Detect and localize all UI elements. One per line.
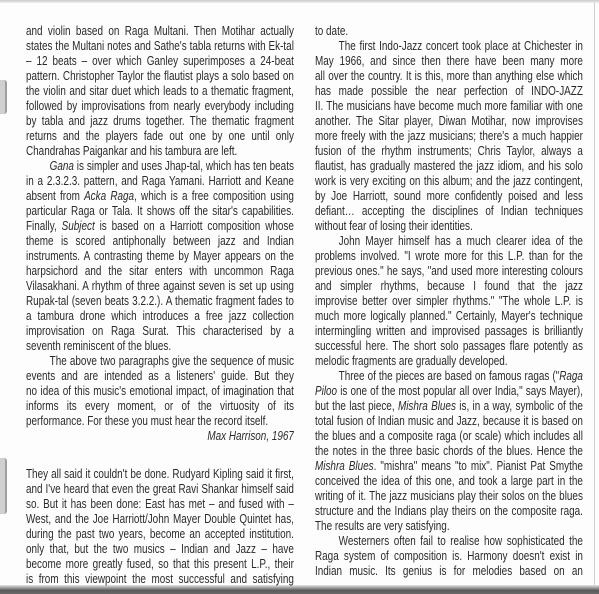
text-line: Mishra Blues. "mishra" means "to mix". P… [315, 459, 583, 474]
text-line: Finally, Subject is based on a Harriott … [26, 219, 294, 234]
line-text: states the Multani notes and Sathe's tab… [26, 39, 294, 54]
text-line: no idea of this music's emotional impact… [26, 384, 294, 399]
line-text: absent from Acka Raga, which is a free c… [26, 189, 294, 204]
text-line: work is very exciting on this album; and… [315, 174, 583, 189]
text-line: become more greatly fused, so that this … [26, 557, 294, 572]
text-line: Indian music. Its genius is for melodies… [315, 564, 583, 579]
text-line: Rupak-tal (seven beats 3.2.2.). A themat… [26, 294, 294, 309]
text-line: previous ones." he says, "and used more … [315, 264, 583, 279]
text-line: Raga system of composition is. Harmony d… [315, 549, 583, 564]
text-line: more freely with the jazz musicians; the… [315, 129, 583, 144]
text-line: Piloo is one of the most popular all ove… [315, 384, 583, 399]
text-line: seventh reminiscent of the blues. [26, 339, 294, 354]
line-text: pattern. Christopher Taylor the flautist… [26, 69, 294, 84]
text-line: May 1966, and since then there have been… [315, 54, 583, 69]
line-text: harpsichord and the sitar enters with un… [26, 264, 294, 279]
line-text: Raga system of composition is. Harmony d… [315, 549, 583, 564]
line-text: Max Harrison, 1967 [26, 429, 294, 444]
line-text: total fusion of Indian music and Jazz, b… [315, 414, 583, 429]
line-text: performance. For these you must hear the… [26, 414, 294, 429]
text-line: is from this viewpoint the most successf… [26, 572, 294, 587]
line-text: returns and the players fade out one by … [26, 129, 294, 144]
line-text: no idea of this music's emotional impact… [26, 384, 294, 399]
line-text: The first Indo-Jazz concert took place a… [315, 39, 583, 54]
text-line: much more logically planned." Certainly,… [315, 309, 583, 324]
text-line: Chandrahas Paigankar and his tambura are… [26, 144, 294, 159]
text-line: fusion of the rhythm instruments; Chris … [315, 144, 583, 159]
line-text: instruments. A contrasting theme by Maye… [26, 249, 294, 264]
text-line: theme is scored antiphonally between jaz… [26, 234, 294, 249]
text-line: absent from Acka Raga, which is a free c… [26, 189, 294, 204]
line-text: previous ones." he says, "and used more … [315, 264, 583, 279]
line-text: Gana is simpler and uses Jhap-tal, which… [26, 159, 294, 174]
text-line: improvise better over simpler rhythms." … [315, 294, 583, 309]
line-text: – 12 beats – over which Ganley superimpo… [26, 54, 294, 69]
line-text: particular Raga or Tala. It shows off th… [26, 204, 294, 219]
text-line: followed by improvisations from nearly e… [26, 99, 294, 114]
text-line: The results are very satisfying. [315, 519, 583, 534]
text-line: structure and the Indians play theirs on… [315, 504, 583, 519]
text-line: a tambura drone which introduces a free … [26, 309, 294, 324]
line-text: writing of it. The jazz musicians play t… [315, 489, 583, 504]
text-line: by Joe Harriott, sound more confidently … [315, 189, 583, 204]
line-text: The above two paragraphs give the sequen… [26, 354, 294, 369]
text-line: and simpler rhythms, because I found tha… [315, 279, 583, 294]
line-text: but the last piece, Mishra Blues is, in … [315, 399, 583, 414]
line-text: problems involved. "I wrote more for thi… [315, 249, 583, 264]
line-text: structure and the Indians play theirs on… [315, 504, 583, 519]
line-text: a tambura drone which introduces a free … [26, 309, 294, 324]
line-text: successful here. The short solo passages… [315, 339, 583, 354]
line-text: Finally, Subject is based on a Harriott … [26, 219, 294, 234]
text-line: only that, but the two musics – Indian a… [26, 542, 294, 557]
line-text: informs its every moment, or of the virt… [26, 399, 294, 414]
line-text: in a 2.3.2.3. pattern, and Raga Yamani. … [26, 174, 294, 189]
text-line: improvisation on Raga Surat. This charac… [26, 324, 294, 339]
line-text: only that, but the two musics – Indian a… [26, 542, 294, 557]
scan-artifact [0, 80, 7, 114]
text-line: returns and the players fade out one by … [26, 129, 294, 144]
line-text: by Joe Harriott, sound more confidently … [315, 189, 583, 204]
line-text: improvise better over simpler rhythms." … [315, 294, 583, 309]
text-line: West, and the Joe Harriott/John Mayer Do… [26, 512, 294, 527]
text-line: II. The musicians have become much more … [315, 99, 583, 114]
text-line: Gana is simpler and uses Jhap-tal, which… [26, 159, 294, 174]
text-line: the notes in the three basic chords of t… [315, 444, 583, 459]
text-line: writing of it. The jazz musicians play t… [315, 489, 583, 504]
line-text: and violin based on Raga Multani. Then M… [26, 24, 294, 39]
line-text: and simpler rhythms, because I found tha… [315, 279, 583, 294]
line-text: The results are very satisfying. [315, 519, 583, 534]
line-text: fusion of the rhythm instruments; Chris … [315, 144, 583, 159]
text-line: and violin based on Raga Multani. Then M… [26, 24, 294, 39]
byline: Max Harrison, 1967 [26, 429, 294, 444]
line-text: Three of the pieces are based on famous … [315, 369, 583, 384]
text-line: Vilasakhani. A rhythm of three against s… [26, 279, 294, 294]
text-line: instruments. A contrasting theme by Maye… [26, 249, 294, 264]
text-line: and I've heard that even the great Ravi … [26, 482, 294, 497]
text-line: Westerners often fail to realise how sop… [315, 534, 583, 549]
text-line: total fusion of Indian music and Jazz, b… [315, 414, 583, 429]
line-text: followed by improvisations from nearly e… [26, 99, 294, 114]
line-text: the blues and a composite raga (or scale… [315, 429, 583, 444]
line-text: West, and the Joe Harriott/John Mayer Do… [26, 512, 294, 527]
text-line: has made possible the near perfection of… [315, 84, 583, 99]
liner-notes-page: and violin based on Raga Multani. Then M… [0, 0, 599, 594]
text-line: harpsichord and the sitar enters with un… [26, 264, 294, 279]
text-line: without fear of losing their identities. [315, 219, 583, 234]
text-line: – 12 beats – over which Ganley superimpo… [26, 54, 294, 69]
text-line: to date. [315, 24, 583, 39]
line-text: intermingling written and improvised pas… [315, 324, 583, 339]
text-line: particular Raga or Tala. It shows off th… [26, 204, 294, 219]
text-line: The above two paragraphs give the sequen… [26, 354, 294, 369]
line-text: without fear of losing their identities. [315, 219, 583, 234]
line-text: during the past two years, become an acc… [26, 527, 294, 542]
line-text: the notes in the three basic chords of t… [315, 444, 583, 459]
line-text: all over the country. It is this, more t… [315, 69, 583, 84]
line-text: II. The musicians have become much more … [315, 99, 583, 114]
line-text: so. But it has been done: East has met –… [26, 497, 294, 512]
text-line: They all said it couldn't be done. Rudya… [26, 467, 294, 482]
line-text: Mishra Blues. "mishra" means "to mix". P… [315, 459, 583, 474]
text-line: another. The Sitar player, Diwan Motihar… [315, 114, 583, 129]
text-line: intermingling written and improvised pas… [315, 324, 583, 339]
scan-right-edge [594, 2, 595, 586]
line-text: to date. [315, 24, 583, 39]
scan-top-edge [0, 0, 599, 3]
text-line: flautist, has gradually mastered the jaz… [315, 159, 583, 174]
line-text: the violin and sitar duet which leads to… [26, 84, 294, 99]
line-text: Chandrahas Paigankar and his tambura are… [26, 144, 294, 159]
line-text: another. The Sitar player, Diwan Motihar… [315, 114, 583, 129]
text-line: Three of the pieces are based on famous … [315, 369, 583, 384]
text-line: defiant… accepting the disciplines of In… [315, 204, 583, 219]
line-text: work is very exciting on this album; and… [315, 174, 583, 189]
line-text: events and are intended as a listeners' … [26, 369, 294, 384]
line-text: John Mayer himself has a much clearer id… [315, 234, 583, 249]
line-text: melodic fragments are gradually develope… [315, 354, 583, 369]
line-text: Rupak-tal (seven beats 3.2.2.). A themat… [26, 294, 294, 309]
text-line: the blues and a composite raga (or scale… [315, 429, 583, 444]
line-text: more freely with the jazz musicians; the… [315, 129, 583, 144]
text-line: the violin and sitar duet which leads to… [26, 84, 294, 99]
line-text: become more greatly fused, so that this … [26, 557, 294, 572]
line-text: conceived the idea of this one, and took… [315, 474, 583, 489]
line-text: defiant… accepting the disciplines of In… [315, 204, 583, 219]
line-text: They all said it couldn't be done. Rudya… [26, 467, 294, 482]
text-line: John Mayer himself has a much clearer id… [315, 234, 583, 249]
line-text: is from this viewpoint the most successf… [26, 572, 294, 587]
line-text: May 1966, and since then there have been… [315, 54, 583, 69]
scan-artifact [0, 458, 7, 514]
line-text: Vilasakhani. A rhythm of three against s… [26, 279, 294, 294]
line-text: Piloo is one of the most popular all ove… [315, 384, 583, 399]
text-line: conceived the idea of this one, and took… [315, 474, 583, 489]
text-line: pattern. Christopher Taylor the flautist… [26, 69, 294, 84]
text-line: so. But it has been done: East has met –… [26, 497, 294, 512]
text-line: problems involved. "I wrote more for thi… [315, 249, 583, 264]
line-text: and I've heard that even the great Ravi … [26, 482, 294, 497]
text-line: but the last piece, Mishra Blues is, in … [315, 399, 583, 414]
line-text: has made possible the near perfection of… [315, 84, 583, 99]
text-line: all over the country. It is this, more t… [315, 69, 583, 84]
line-text: Westerners often fail to realise how sop… [315, 534, 583, 549]
line-text: Indian music. Its genius is for melodies… [315, 564, 583, 579]
line-text: by tabla and jazz drums together. The th… [26, 114, 294, 129]
line-text: flautist, has gradually mastered the jaz… [315, 159, 583, 174]
text-line: states the Multani notes and Sathe's tab… [26, 39, 294, 54]
line-text: theme is scored antiphonally between jaz… [26, 234, 294, 249]
text-line: in a 2.3.2.3. pattern, and Raga Yamani. … [26, 174, 294, 189]
text-line: by tabla and jazz drums together. The th… [26, 114, 294, 129]
text-line: informs its every moment, or of the virt… [26, 399, 294, 414]
text-line: melodic fragments are gradually develope… [315, 354, 583, 369]
text-line: The first Indo-Jazz concert took place a… [315, 39, 583, 54]
line-text: improvisation on Raga Surat. This charac… [26, 324, 294, 339]
line-text: seventh reminiscent of the blues. [26, 339, 294, 354]
text-line: successful here. The short solo passages… [315, 339, 583, 354]
text-line: during the past two years, become an acc… [26, 527, 294, 542]
line-text: much more logically planned." Certainly,… [315, 309, 583, 324]
text-line: performance. For these you must hear the… [26, 414, 294, 429]
text-line: events and are intended as a listeners' … [26, 369, 294, 384]
